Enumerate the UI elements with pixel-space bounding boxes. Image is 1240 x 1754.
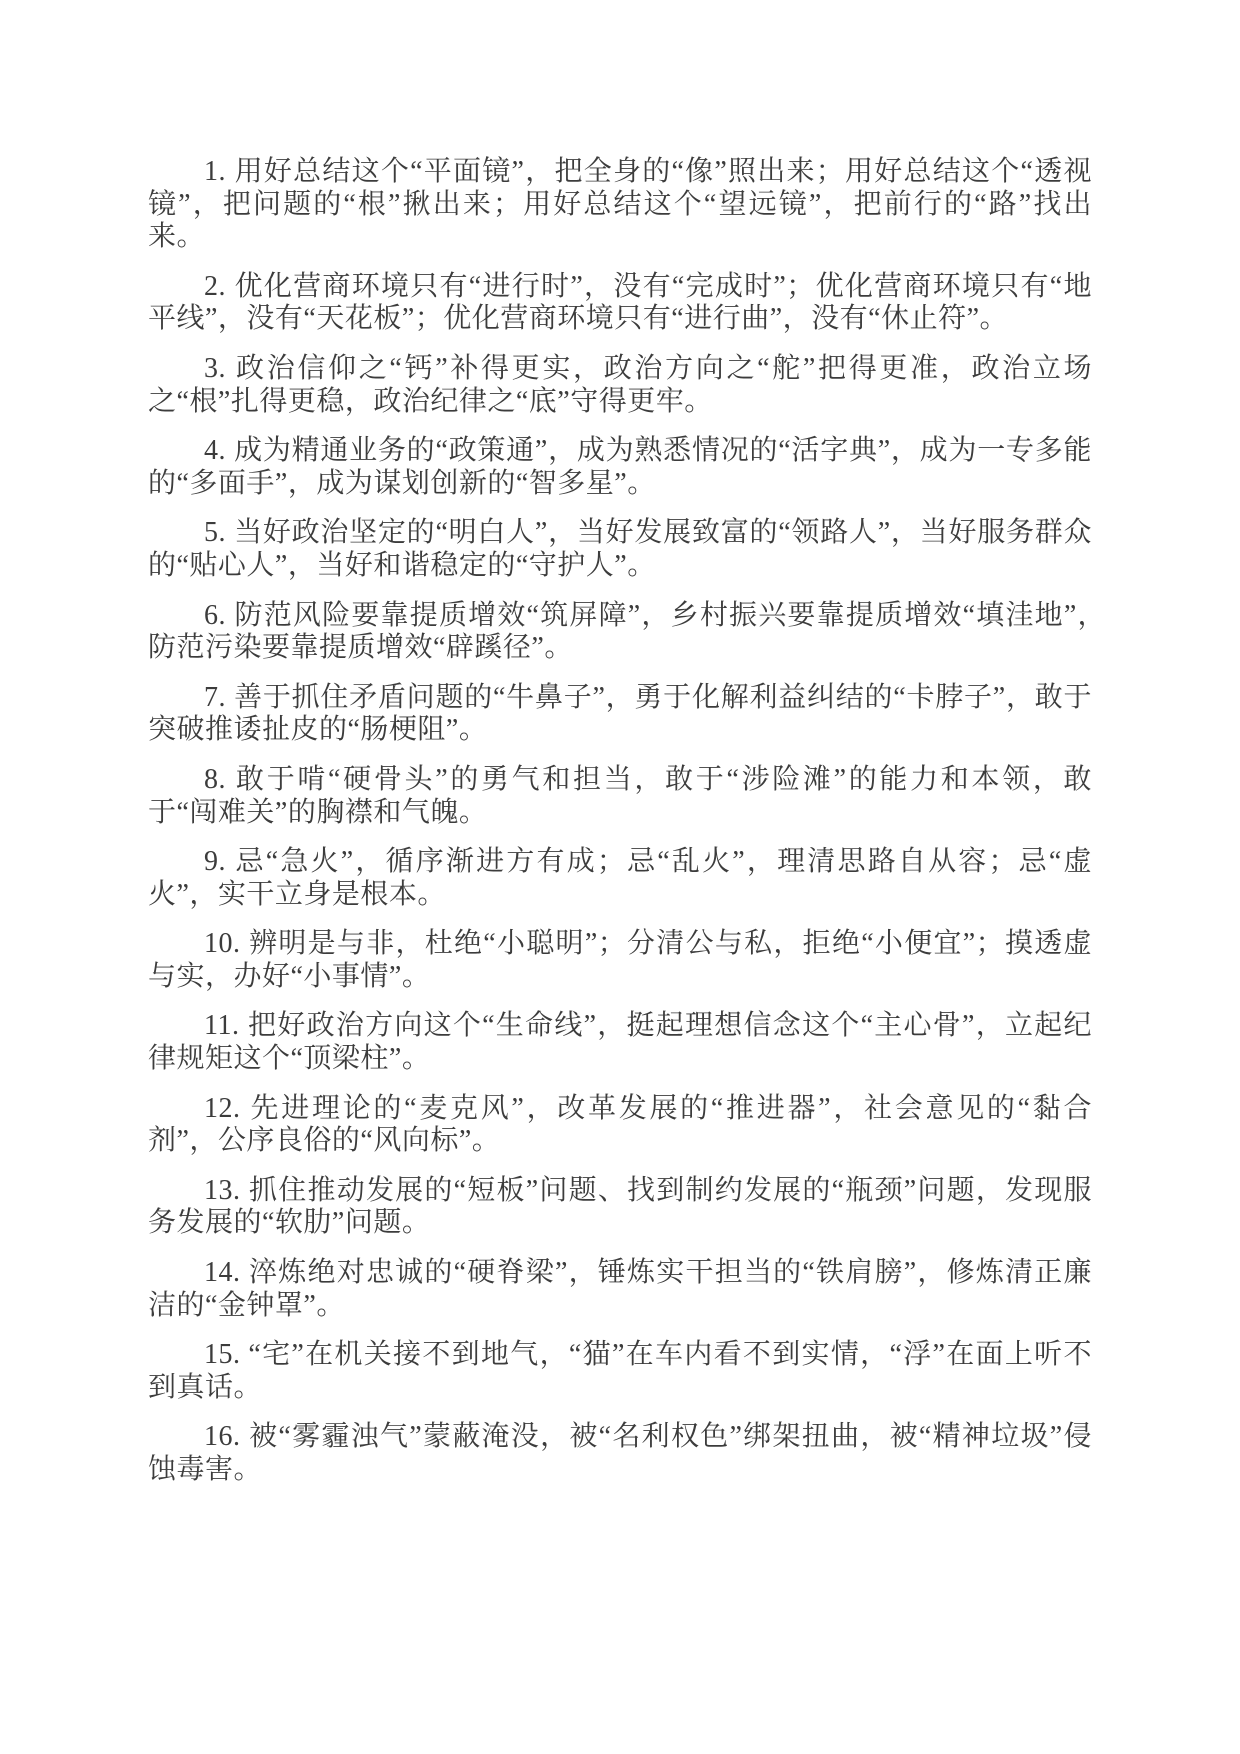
paragraph-text: 用好总结这个“平面镜”，把全身的“像”照出来；用好总结这个“透视镜”，把问题的“…: [148, 156, 1092, 252]
paragraph-12: 12.先进理论的“麦克风”，改革发展的“推进器”，社会意见的“黏合剂”，公序良俗…: [148, 1093, 1092, 1158]
paragraph-number: 3.: [204, 353, 226, 384]
paragraph-7: 7.善于抓住矛盾问题的“牛鼻子”，勇于化解利益纠结的“卡脖子”，敢于突破推诿扯皮…: [148, 682, 1092, 747]
paragraph-5: 5.当好政治坚定的“明白人”，当好发展致富的“领路人”，当好服务群众的“贴心人”…: [148, 517, 1092, 582]
paragraph-text: 辨明是与非，杜绝“小聪明”；分清公与私，拒绝“小便宜”；摸透虚与实，办好“小事情…: [148, 928, 1092, 992]
paragraph-text: 成为精通业务的“政策通”，成为熟悉情况的“活字典”，成为一专多能的“多面手”，成…: [148, 435, 1092, 499]
paragraph-13: 13.抓住推动发展的“短板”问题、找到制约发展的“瓶颈”问题，发现服务发展的“软…: [148, 1175, 1092, 1240]
paragraph-text: 被“雾霾浊气”蒙蔽淹没，被“名利权色”绑架扭曲，被“精神垃圾”侵蚀毒害。: [148, 1421, 1092, 1485]
paragraph-number: 12.: [204, 1093, 241, 1124]
paragraph-number: 7.: [204, 682, 226, 713]
paragraph-number: 13.: [204, 1175, 241, 1206]
paragraph-1: 1.用好总结这个“平面镜”，把全身的“像”照出来；用好总结这个“透视镜”，把问题…: [148, 156, 1092, 254]
paragraph-3: 3.政治信仰之“钙”补得更实，政治方向之“舵”把得更准，政治立场之“根”扎得更稳…: [148, 353, 1092, 418]
paragraph-number: 15.: [204, 1339, 241, 1370]
paragraph-number: 4.: [204, 435, 226, 466]
paragraph-number: 1.: [204, 156, 226, 187]
paragraph-number: 5.: [204, 517, 226, 548]
paragraph-text: 敢于啃“硬骨头”的勇气和担当，敢于“涉险滩”的能力和本领，敢于“闯难关”的胸襟和…: [148, 764, 1092, 828]
paragraph-text: 优化营商环境只有“进行时”，没有“完成时”；优化营商环境只有“地平线”，没有“天…: [148, 271, 1092, 335]
document-page: 1.用好总结这个“平面镜”，把全身的“像”照出来；用好总结这个“透视镜”，把问题…: [0, 0, 1240, 1754]
paragraph-text: 政治信仰之“钙”补得更实，政治方向之“舵”把得更准，政治立场之“根”扎得更稳，政…: [148, 353, 1092, 417]
paragraph-number: 14.: [204, 1257, 241, 1288]
paragraph-text: 防范风险要靠提质增效“筑屏障”，乡村振兴要靠提质增效“填洼地”， 防范污染要靠提…: [148, 600, 1121, 664]
paragraph-10: 10.辨明是与非，杜绝“小聪明”；分清公与私，拒绝“小便宜”；摸透虚与实，办好“…: [148, 928, 1092, 993]
paragraph-text: 抓住推动发展的“短板”问题、找到制约发展的“瓶颈”问题，发现服务发展的“软肋”问…: [148, 1175, 1092, 1239]
paragraph-6: 6.防范风险要靠提质增效“筑屏障”，乡村振兴要靠提质增效“填洼地”， 防范污染要…: [148, 600, 1092, 665]
paragraph-text: 淬炼绝对忠诚的“硬脊梁”，锤炼实干担当的“铁肩膀”，修炼清正廉洁的“金钟罩”。: [148, 1257, 1092, 1321]
paragraph-4: 4.成为精通业务的“政策通”，成为熟悉情况的“活字典”，成为一专多能的“多面手”…: [148, 435, 1092, 500]
paragraph-number: 6.: [204, 600, 226, 631]
paragraph-text: 当好政治坚定的“明白人”，当好发展致富的“领路人”，当好服务群众的“贴心人”，当…: [148, 517, 1092, 581]
paragraph-number: 16.: [204, 1421, 241, 1452]
paragraph-text: 把好政治方向这个“生命线”，挺起理想信念这个“主心骨”，立起纪律规矩这个“顶梁柱…: [148, 1010, 1092, 1074]
paragraph-14: 14.淬炼绝对忠诚的“硬脊梁”，锤炼实干担当的“铁肩膀”，修炼清正廉洁的“金钟罩…: [148, 1257, 1092, 1322]
paragraph-16: 16.被“雾霾浊气”蒙蔽淹没，被“名利权色”绑架扭曲，被“精神垃圾”侵蚀毒害。: [148, 1421, 1092, 1486]
paragraph-8: 8.敢于啃“硬骨头”的勇气和担当，敢于“涉险滩”的能力和本领，敢于“闯难关”的胸…: [148, 764, 1092, 829]
paragraph-number: 9.: [204, 846, 226, 877]
paragraph-text: 忌“急火”，循序渐进方有成；忌“乱火”，理清思路自从容；忌“虚火”，实干立身是根…: [148, 846, 1092, 910]
paragraph-9: 9.忌“急火”，循序渐进方有成；忌“乱火”，理清思路自从容；忌“虚火”，实干立身…: [148, 846, 1092, 911]
paragraph-text: 先进理论的“麦克风”，改革发展的“推进器”，社会意见的“黏合剂”，公序良俗的“风…: [148, 1093, 1092, 1157]
paragraph-number: 2.: [204, 271, 226, 302]
paragraph-number: 10.: [204, 928, 241, 959]
paragraph-number: 11.: [204, 1010, 239, 1041]
paragraph-number: 8.: [204, 764, 226, 795]
paragraph-15: 15.“宅”在机关接不到地气，“猫”在车内看不到实情，“浮”在面上听不到真话。: [148, 1339, 1092, 1404]
paragraph-2: 2.优化营商环境只有“进行时”，没有“完成时”；优化营商环境只有“地平线”，没有…: [148, 271, 1092, 336]
paragraph-11: 11.把好政治方向这个“生命线”，挺起理想信念这个“主心骨”，立起纪律规矩这个“…: [148, 1010, 1092, 1075]
paragraph-text: 善于抓住矛盾问题的“牛鼻子”，勇于化解利益纠结的“卡脖子”，敢于突破推诿扯皮的“…: [148, 682, 1092, 746]
paragraph-text: “宅”在机关接不到地气，“猫”在车内看不到实情，“浮”在面上听不到真话。: [148, 1339, 1092, 1403]
